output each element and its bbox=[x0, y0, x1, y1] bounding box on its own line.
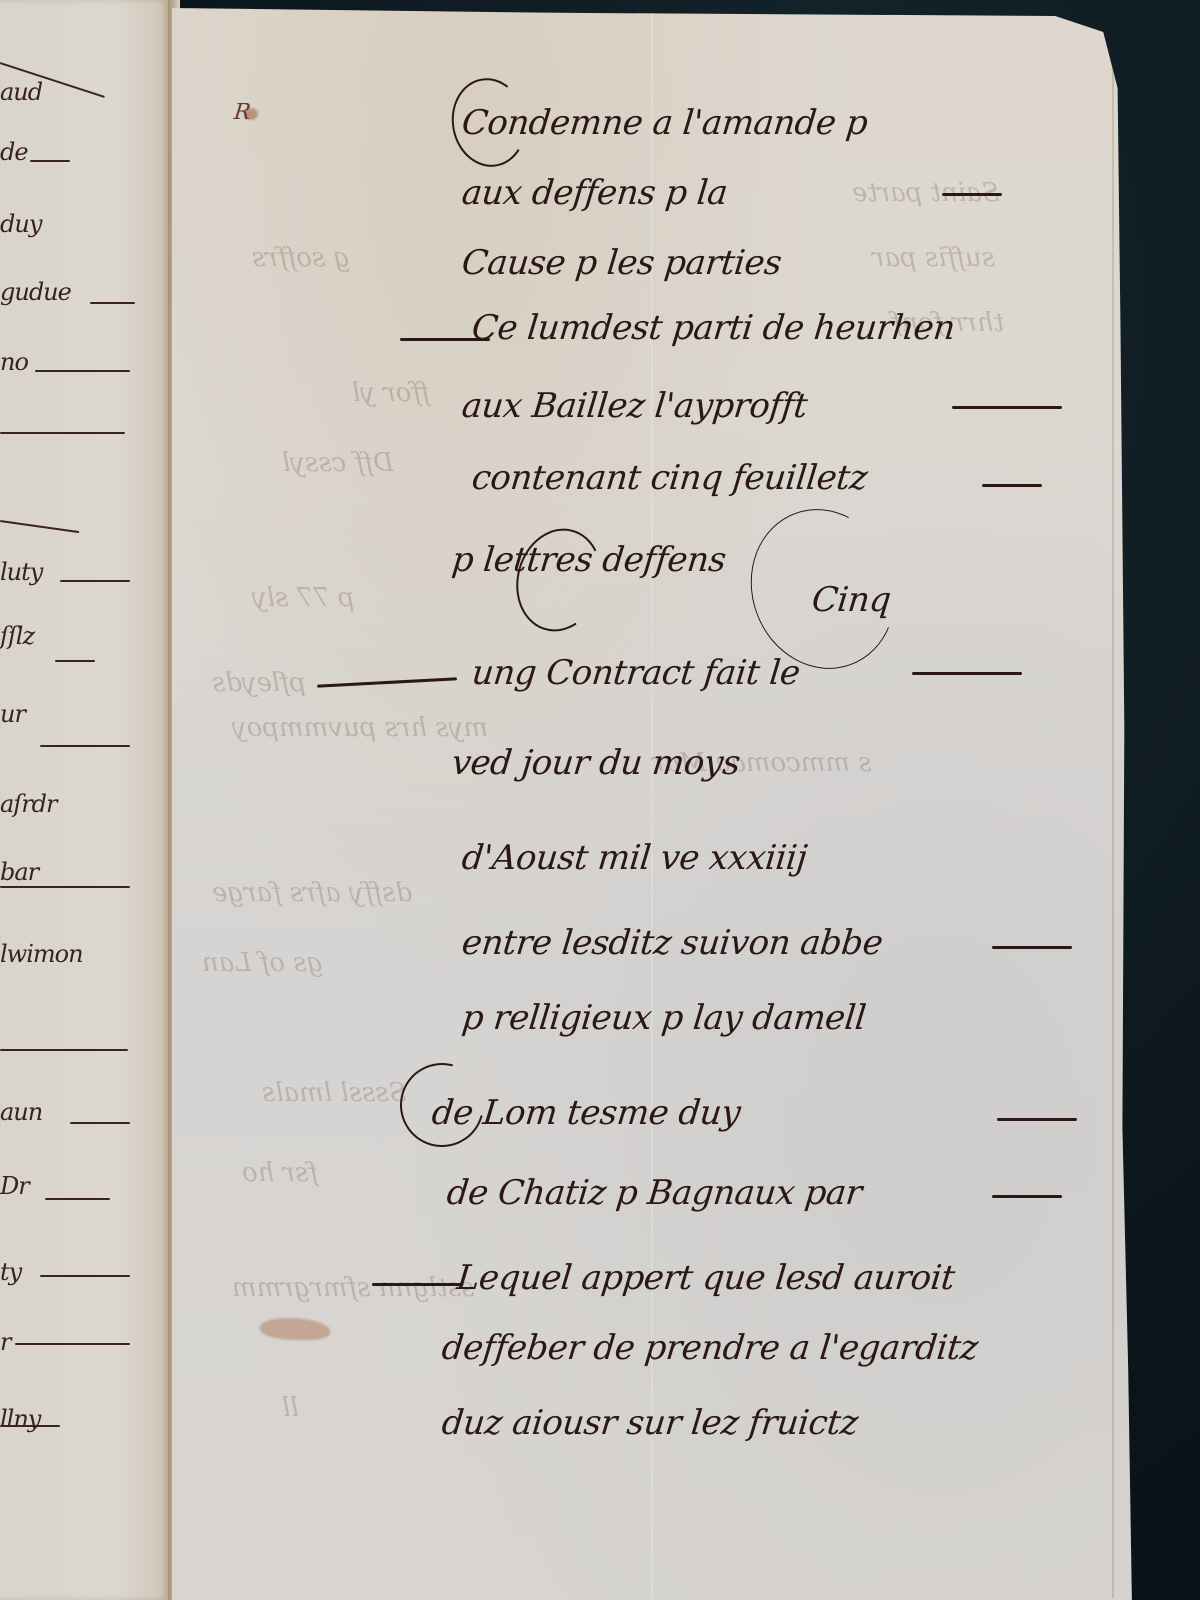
initial-flourish bbox=[505, 519, 613, 641]
bleed-through-text: pfleyds bbox=[212, 668, 306, 698]
left-page-word: ur bbox=[0, 700, 25, 728]
line-filler-stroke bbox=[372, 1283, 462, 1286]
manuscript-line-13: p relligieux p lay damell bbox=[460, 998, 868, 1038]
left-page-stroke bbox=[15, 1343, 130, 1345]
manuscript-line-10: ved jour du moys bbox=[450, 743, 742, 783]
bleed-through-text: gs of Lan bbox=[202, 948, 323, 978]
left-page-stroke bbox=[45, 1198, 110, 1200]
line-filler-stroke bbox=[317, 677, 457, 687]
manuscript-line-8: Cinq bbox=[810, 580, 893, 620]
manuscript-line-15: de Chatiz p Bagnaux par bbox=[445, 1173, 864, 1213]
left-page-word: luty bbox=[0, 558, 42, 586]
manuscript-line-14: de Lom tesme duy bbox=[430, 1093, 742, 1133]
bleed-through-text: p 77 sly bbox=[252, 583, 355, 613]
left-page-stroke bbox=[60, 580, 130, 582]
manuscript-page: Saint parte g soffrs suffis par thrr fon… bbox=[172, 8, 1132, 1600]
left-page-word: llny bbox=[0, 1405, 40, 1433]
bleed-through-text: mys hrs puvmmpoy bbox=[232, 713, 488, 743]
bleed-through-text: ll bbox=[282, 1393, 299, 1423]
manuscript-line-17: deffeber de prendre a l'egarditz bbox=[440, 1328, 980, 1368]
left-page-stroke bbox=[35, 370, 130, 372]
left-page-word: lwimon bbox=[0, 940, 83, 968]
left-page-stroke bbox=[0, 432, 125, 434]
manuscript-line-4: Ce lumdest parti de heurhen bbox=[470, 308, 957, 348]
left-page-stroke bbox=[55, 660, 95, 662]
manuscript-line-6: contenant cinq feuilletz bbox=[470, 458, 869, 498]
left-page-stroke bbox=[40, 745, 130, 747]
bleed-through-text: fsr ho bbox=[242, 1158, 318, 1188]
left-page-word: no bbox=[0, 348, 28, 376]
manuscript-line-2: aux deffens p la bbox=[460, 173, 729, 213]
left-page-word: r bbox=[0, 1328, 10, 1356]
left-page-word: ty bbox=[0, 1258, 21, 1286]
left-page-stroke bbox=[0, 886, 130, 888]
line-filler-stroke bbox=[992, 946, 1072, 949]
left-page-stroke bbox=[90, 302, 135, 304]
line-filler-stroke bbox=[992, 1195, 1062, 1198]
left-page-word: de bbox=[0, 138, 28, 166]
left-page-fragment: aud de duy gudue no luty ſſlz ur aſrdr b… bbox=[0, 0, 171, 1600]
manuscript-line-16: Lequel appert que lesd auroit bbox=[455, 1258, 957, 1298]
left-page-word: bar bbox=[0, 858, 38, 886]
manuscript-line-5: aux Baillez l'ayprofft bbox=[460, 386, 809, 426]
manuscript-line-7: p lettres deffens bbox=[450, 540, 728, 580]
bleed-through-text: Dff cssyl bbox=[282, 448, 394, 478]
manuscript-line-11: d'Aoust mil ve xxxiiij bbox=[460, 838, 809, 878]
manuscript-line-9: ung Contract fait le bbox=[470, 653, 802, 693]
left-page-stroke bbox=[0, 1049, 128, 1051]
margin-note: R bbox=[233, 100, 252, 125]
left-page-word: gudue bbox=[0, 278, 71, 306]
left-page-word: ſſlz bbox=[0, 622, 34, 650]
left-page-stroke bbox=[0, 1425, 60, 1427]
line-filler-stroke bbox=[997, 1118, 1077, 1121]
water-stain bbox=[260, 1318, 330, 1340]
line-filler-stroke bbox=[912, 672, 1022, 675]
bleed-through-text: suffis par bbox=[872, 243, 995, 273]
left-page-stroke bbox=[30, 160, 70, 162]
left-page-word: aſrdr bbox=[0, 790, 57, 818]
line-filler-stroke bbox=[952, 406, 1062, 409]
bleed-through-text: ffor yl bbox=[352, 378, 430, 408]
bleed-through-text: g soffrs bbox=[252, 243, 350, 273]
left-page-word: aun bbox=[0, 1098, 42, 1126]
left-page-word: aud bbox=[0, 78, 42, 106]
line-filler-stroke bbox=[942, 193, 1002, 196]
left-page-word: Dr bbox=[0, 1172, 29, 1200]
left-page-word: duy bbox=[0, 210, 41, 238]
bleed-through-text: Ssssl lmals bbox=[262, 1078, 407, 1108]
left-page-stroke bbox=[40, 1275, 130, 1277]
bleed-through-text: sstlgnn sfmrgrmm bbox=[232, 1273, 474, 1303]
left-page-stroke bbox=[0, 520, 79, 533]
manuscript-line-1: Condemne a l'amande p bbox=[460, 103, 869, 143]
left-page-stroke bbox=[70, 1122, 130, 1124]
manuscript-line-12: entre lesditz suivon abbe bbox=[460, 923, 885, 963]
manuscript-line-3: Cause p les parties bbox=[460, 243, 783, 283]
manuscript-line-18: duz aiousr sur lez fruictz bbox=[440, 1403, 860, 1443]
line-filler-stroke bbox=[982, 484, 1042, 487]
bleed-through-text: dsffy afrs farge bbox=[212, 878, 412, 908]
